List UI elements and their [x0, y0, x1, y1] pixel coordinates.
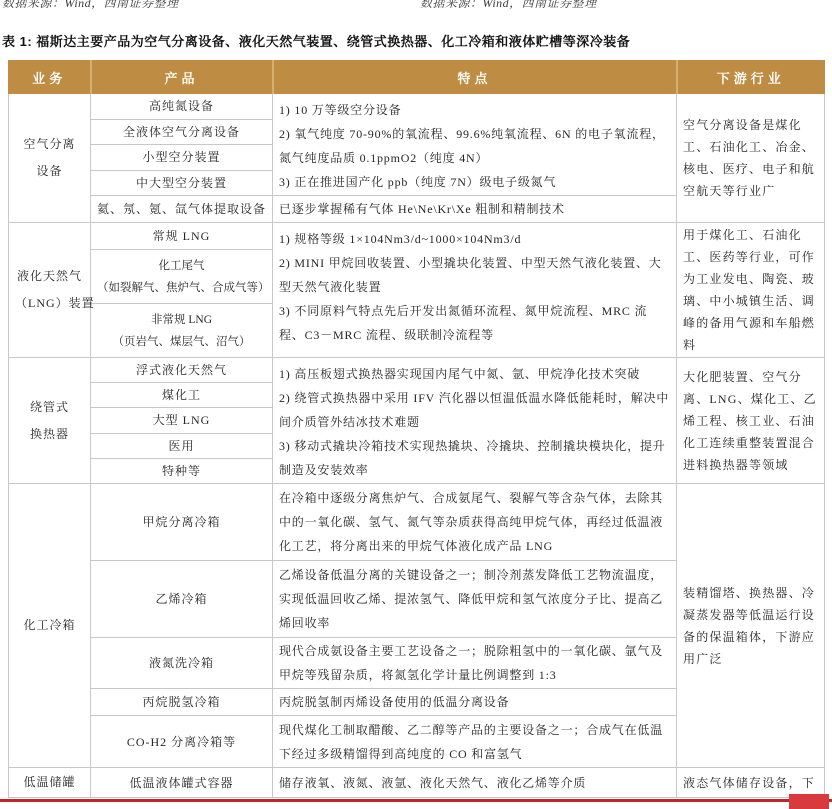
product-cell: CO-H2 分离冷箱等 [91, 716, 273, 768]
product-cell: 中大型空分装置 [91, 170, 273, 196]
source-note-left: 数据来源：Wind，西南证券整理 [2, 0, 179, 11]
business-cell-air-separation: 空气分离 设备 [9, 94, 91, 223]
product-cell: 氦、氖、氪、氙气体提取设备 [91, 196, 273, 223]
feature-cell-rare-gas: 已逐步掌握稀有气体 He\Ne\Kr\Xe 粗制和精制技术 [273, 196, 677, 223]
footer-rule [0, 799, 832, 802]
business-cell-lng: 液化天然气 （LNG）装置 [9, 223, 91, 358]
product-cell: 特种等 [91, 458, 273, 483]
feature-cell: 丙烷脱氢制丙烯设备使用的低温分离设备 [273, 689, 677, 716]
table-row: 空气分离 设备 高纯氮设备 1) 10 万等级空分设备 2) 氧气纯度 70-9… [9, 94, 825, 120]
feature-paragraph: 3) 移动式撬块冷箱技术实现热撬块、冷撬块、控制撬块模块化，提升制造及安装效率 [279, 434, 670, 482]
downstream-cell-lng: 用于煤化工、石油化工、医药等行业，可作为工业发电、陶瓷、玻璃、中小城镇生活、调峰… [677, 223, 825, 358]
feature-paragraph: 2) MINI 甲烷回收装置、小型撬块化装置、中型天然气液化装置、大型天然气液化… [279, 251, 670, 299]
table-row: 液化天然气 （LNG）装置 常规 LNG 1) 规格等级 1×104Nm3/d~… [9, 223, 825, 250]
table-row: 绕管式 换热器 浮式液化天然气 1) 高压板翅式换热器实现国内尾气中氮、氩、甲烷… [9, 358, 825, 383]
product-cell: 浮式液化天然气 [91, 358, 273, 383]
header-product: 产品 [91, 61, 273, 94]
downstream-cell-coil-exchanger: 大化肥装置、空气分离、LNG、煤化工、乙烯工程、核工业、石油化工连续重整装置混合… [677, 358, 825, 484]
feature-cell: 乙烯设备低温分离的关键设备之一；制冷剂蒸发降低工艺物流温度，实现低温回收乙烯、提… [273, 561, 677, 638]
products-table: 业务 产品 特点 下游行业 空气分离 设备 高纯氮设备 1) 10 万等级空分设… [8, 60, 825, 798]
product-cell: 乙烯冷箱 [91, 561, 273, 638]
feature-cell-lng: 1) 规格等级 1×104Nm3/d~1000×104Nm3/d 2) MINI… [273, 223, 677, 358]
product-cell: 常规 LNG [91, 223, 273, 250]
feature-paragraph: 2) 绕管式换热器中采用 IFV 汽化器以恒温低温水降低能耗时，解决中间介质管外… [279, 386, 670, 434]
source-note-right: 数据来源：Wind，西南证券整理 [420, 0, 597, 11]
feature-cell: 现代煤化工制取醋酸、乙二醇等产品的主要设备之一；合成气在低温下经过多级精馏得到高… [273, 716, 677, 768]
footer-accent-box [789, 794, 829, 809]
downstream-cell-air-separation: 空气分离设备是煤化工、石油化工、冶金、核电、医疗、电子和航空航天等行业广 [677, 94, 825, 223]
product-cell: 全液体空气分离设备 [91, 119, 273, 145]
product-cell: 医用 [91, 433, 273, 458]
feature-paragraph: 1) 规格等级 1×104Nm3/d~1000×104Nm3/d [279, 227, 670, 251]
product-cell: 甲烷分离冷箱 [91, 484, 273, 561]
feature-paragraph: 1) 高压板翅式换热器实现国内尾气中氮、氩、甲烷净化技术突破 [279, 362, 670, 386]
feature-paragraph: 3) 不同原料气特点先后开发出氮循环流程、氮甲烷流程、MRC 流程、C3－MRC… [279, 299, 670, 347]
feature-cell: 在冷箱中逐级分离焦炉气、合成氨尾气、裂解气等含杂气体，去除其中的一氧化碳、氢气、… [273, 484, 677, 561]
product-cell: 液氮洗冷箱 [91, 638, 273, 689]
product-cell: 小型空分装置 [91, 145, 273, 171]
header-downstream: 下游行业 [677, 61, 825, 94]
feature-cell-coil-exchanger: 1) 高压板翅式换热器实现国内尾气中氮、氩、甲烷净化技术突破 2) 绕管式换热器… [273, 358, 677, 484]
product-cell: 丙烷脱氢冷箱 [91, 689, 273, 716]
table-header-row: 业务 产品 特点 下游行业 [9, 61, 825, 94]
table-row: 化工冷箱 甲烷分离冷箱 在冷箱中逐级分离焦炉气、合成氨尾气、裂解气等含杂气体，去… [9, 484, 825, 561]
feature-paragraph: 2) 氧气纯度 70-90%的氧流程、99.6%纯氧流程、6N 的电子氧流程，氮… [279, 122, 670, 170]
feature-paragraph: 1) 10 万等级空分设备 [279, 98, 670, 122]
product-cell: 低温液体罐式容器 [91, 768, 273, 798]
product-cell: 非常规 LNG （页岩气、煤层气、沼气） [91, 304, 273, 358]
product-cell: 煤化工 [91, 383, 273, 408]
business-cell-coil-exchanger: 绕管式 换热器 [9, 358, 91, 484]
product-cell: 高纯氮设备 [91, 94, 273, 120]
downstream-cell-cryo-tank: 液态气体储存设备，下 [677, 768, 825, 798]
product-cell: 化工尾气 （如裂解气、焦炉气、合成气等） [91, 250, 273, 304]
business-cell-cryo-tank: 低温储罐 [9, 768, 91, 798]
header-business: 业务 [9, 61, 91, 94]
product-cell: 大型 LNG [91, 408, 273, 433]
feature-cell: 储存液氧、液氮、液氩、液化天然气、液化乙烯等介质 [273, 768, 677, 798]
feature-cell: 现代合成氨设备主要工艺设备之一；脱除粗氢中的一氧化碳、氩气及甲烷等残留杂质，将氮… [273, 638, 677, 689]
table-title: 表 1: 福斯达主要产品为空气分离设备、液化天然气装置、绕管式换热器、化工冷箱和… [2, 31, 630, 50]
header-features: 特点 [273, 61, 677, 94]
downstream-cell-cold-box: 装精馏塔、换热器、冷凝蒸发器等低温运行设备的保温箱体，下游应用广泛 [677, 484, 825, 768]
feature-paragraph: 3) 正在推进国产化 ppb（纯度 7N）级电子级氮气 [279, 170, 670, 194]
table-row: 低温储罐 低温液体罐式容器 储存液氧、液氮、液氩、液化天然气、液化乙烯等介质 液… [9, 768, 825, 798]
feature-cell-air-separation: 1) 10 万等级空分设备 2) 氧气纯度 70-90%的氧流程、99.6%纯氧… [273, 94, 677, 196]
business-cell-cold-box: 化工冷箱 [9, 484, 91, 768]
